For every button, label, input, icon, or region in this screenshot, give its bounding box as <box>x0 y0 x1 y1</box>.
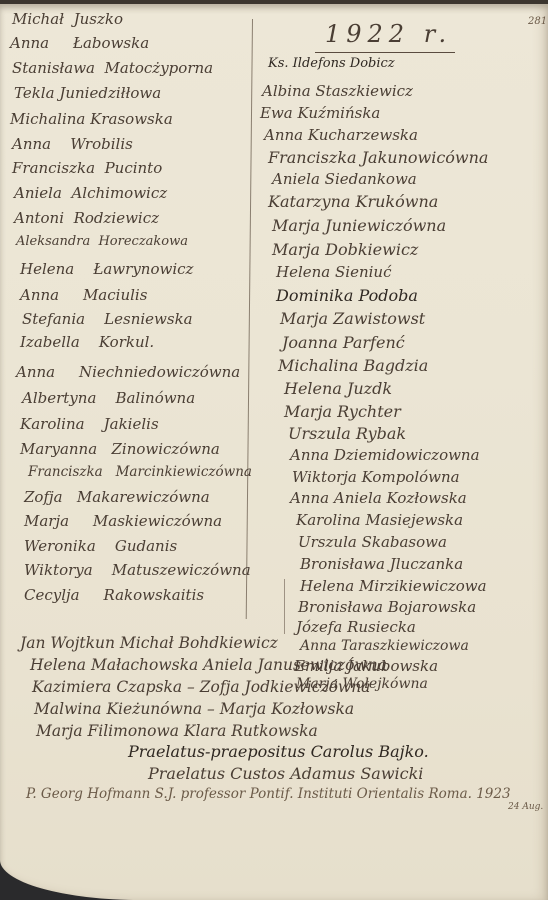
bottom-entry: Kazimiera Czapska – Zofja Jodkiewiczówna <box>32 678 370 696</box>
left-entry: Franciszka Pucinto <box>12 159 162 177</box>
right-entry: Wiktorja Kompolówna <box>292 468 460 486</box>
left-entry: Stefania Lesniewska <box>22 310 193 328</box>
left-entry: Maryanna Zinowiczówna <box>20 440 220 458</box>
year-heading: 1922 r. <box>325 20 452 48</box>
column-divider-lower <box>284 579 285 634</box>
right-entry: Karolina Masiejewska <box>296 511 463 529</box>
right-entry: Bronisława Bojarowska <box>298 598 476 616</box>
left-entry: Michał Juszko <box>12 10 123 28</box>
right-entry: Anna Dziemidowiczowna <box>290 446 480 464</box>
left-entry: Anna Łabowska <box>10 34 149 52</box>
right-entry: Marja Rychter <box>284 402 401 421</box>
right-entry: Ks. Ildefons Dobicz <box>268 56 395 71</box>
right-entry: Anna Taraszkiewiczowa <box>300 638 469 654</box>
right-entry: Albina Staszkiewicz <box>262 82 413 100</box>
right-entry: Marja Zawistowst <box>280 309 425 328</box>
right-entry: Urszula Rybak <box>288 424 406 443</box>
left-entry: Stanisława Matocżyporna <box>12 59 213 77</box>
right-entry: Józefa Rusiecka <box>296 618 416 636</box>
left-entry: Aleksandra Horeczakowa <box>16 234 188 249</box>
right-entry: Franciszka Jakunowicówna <box>268 148 488 167</box>
left-entry: Helena Ławrynowicz <box>20 260 193 278</box>
column-divider <box>246 19 253 619</box>
signature-hofmann: P. Georg Hofmann S.J. professor Pontif. … <box>26 786 511 802</box>
left-entry: Zofja Makarewiczówna <box>24 488 210 506</box>
left-entry: Izabella Korkul. <box>20 333 154 351</box>
left-entry: Antoni Rodziewicz <box>14 209 159 227</box>
left-entry: Cecylja Rakowskaitis <box>24 586 204 604</box>
signature-sawicki: Praelatus Custos Adamus Sawicki <box>148 764 423 783</box>
right-entry: Anna Kucharzewska <box>264 126 418 144</box>
page-number: 281 <box>528 16 547 27</box>
right-entry: Marja Juniewiczówna <box>272 216 446 235</box>
right-entry: Helena Juzdk <box>284 379 392 398</box>
left-entry: Anna Wrobilis <box>12 135 133 153</box>
left-entry: Anna Maciulis <box>20 286 147 304</box>
bottom-entry: Malwina Kieżunówna – Marja Kozłowska <box>34 700 354 718</box>
bottom-entry: Jan Wojtkun Michał Bohdkiewicz <box>20 634 278 652</box>
right-entry: Ewa Kuźmińska <box>260 104 380 122</box>
right-entry: Katarzyna Krukówna <box>268 192 438 211</box>
date-annotation: 24 Aug. <box>508 802 543 812</box>
right-entry: Aniela Siedankowa <box>272 170 417 188</box>
right-entry: Joanna Parfenć <box>282 333 405 352</box>
year-underline <box>315 52 455 53</box>
right-entry: Michalina Bagdzia <box>278 356 428 375</box>
left-entry: Aniela Alchimowicz <box>14 184 167 202</box>
right-entry: Anna Aniela Kozłowska <box>290 489 467 507</box>
right-entry: Marja Dobkiewicz <box>272 240 418 259</box>
bottom-entry: Marja Filimonowa Klara Rutkowska <box>36 722 318 740</box>
left-entry: Albertyna Balinówna <box>22 389 195 407</box>
left-entry: Franciszka Marcinkiewiczówna <box>28 464 252 480</box>
right-entry: Urszula Skabasowa <box>298 533 447 551</box>
right-entry: Bronisława Jluczanka <box>300 555 463 573</box>
left-entry: Wiktorya Matuszewiczówna <box>24 561 251 579</box>
left-entry: Karolina Jakielis <box>20 415 159 433</box>
right-entry: Dominika Podoba <box>276 286 418 305</box>
left-entry: Marja Maskiewiczówna <box>24 512 222 530</box>
left-entry: Tekla Juniedziłłowa <box>14 84 161 102</box>
left-entry: Anna Niechniedowiczówna <box>16 363 240 381</box>
manuscript-page: 281 1922 r. Michał Juszko Anna Łabowska … <box>0 4 548 900</box>
bottom-entry: Helena Małachowska Aniela Janusewiczówna <box>30 656 387 674</box>
left-entry: Weronika Gudanis <box>24 537 177 555</box>
left-entry: Michalina Krasowska <box>10 110 173 128</box>
right-entry: Helena Mirzikiewiczowa <box>300 577 487 595</box>
signature-bajko: Praelatus-praepositus Carolus Bajko. <box>128 742 429 761</box>
right-entry: Helena Sieniuć <box>276 263 391 281</box>
